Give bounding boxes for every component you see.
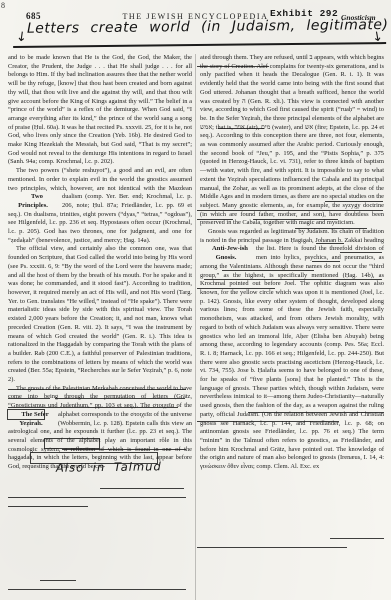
pen-underline <box>8 497 186 498</box>
pen-underline <box>330 538 384 539</box>
paragraph: Gnosis was regarded as legitimate by Jud… <box>200 228 384 472</box>
paragraph: The two powers (“shete reshuyot”), a goo… <box>8 167 192 245</box>
down-arrow-icon: ↓ <box>15 29 28 45</box>
paragraph: ated through them. They are refused, unt… <box>200 54 384 228</box>
pen-underline <box>100 488 184 489</box>
handwritten-top-note: Letters create world (in Judaism, legiti… <box>13 17 386 48</box>
paragraph: and to be made known that He is the God,… <box>8 54 192 167</box>
corner-page-number: 8 <box>1 1 5 10</box>
sidehead-two-principles: Two Principles. <box>8 193 62 210</box>
left-column: and to be made known that He is the God,… <box>8 54 192 472</box>
column-divider <box>195 54 196 600</box>
sidehead-sefer-yezirah: The Sefer Yeẓirah. <box>8 411 58 428</box>
right-column: ated through them. They are refused, unt… <box>200 54 384 472</box>
paragraph: The official view, and certainly also th… <box>8 245 192 384</box>
paragraph: The gnosis of the Palestinian Merkabah c… <box>8 385 192 472</box>
pen-underline <box>8 506 88 507</box>
paragraph-text: Gnosis was regarded as legitimate by Jud… <box>200 228 384 244</box>
pen-underline <box>197 547 347 548</box>
pen-underline <box>40 580 76 581</box>
paragraph-text: heading the list. Here is found the thre… <box>200 237 384 470</box>
sidehead-anti-jewish-gnosis: Anti-Jew-ish Gnosis. <box>200 245 256 262</box>
article-body: and to be made known that He is the God,… <box>8 54 385 472</box>
handwritten-margin-note: Also in Talmud <box>56 459 162 474</box>
pen-underline <box>8 589 186 590</box>
scanned-page: 8 685 THE JEWISH ENCYCLOPEDIA Exhibit 29… <box>0 0 391 600</box>
